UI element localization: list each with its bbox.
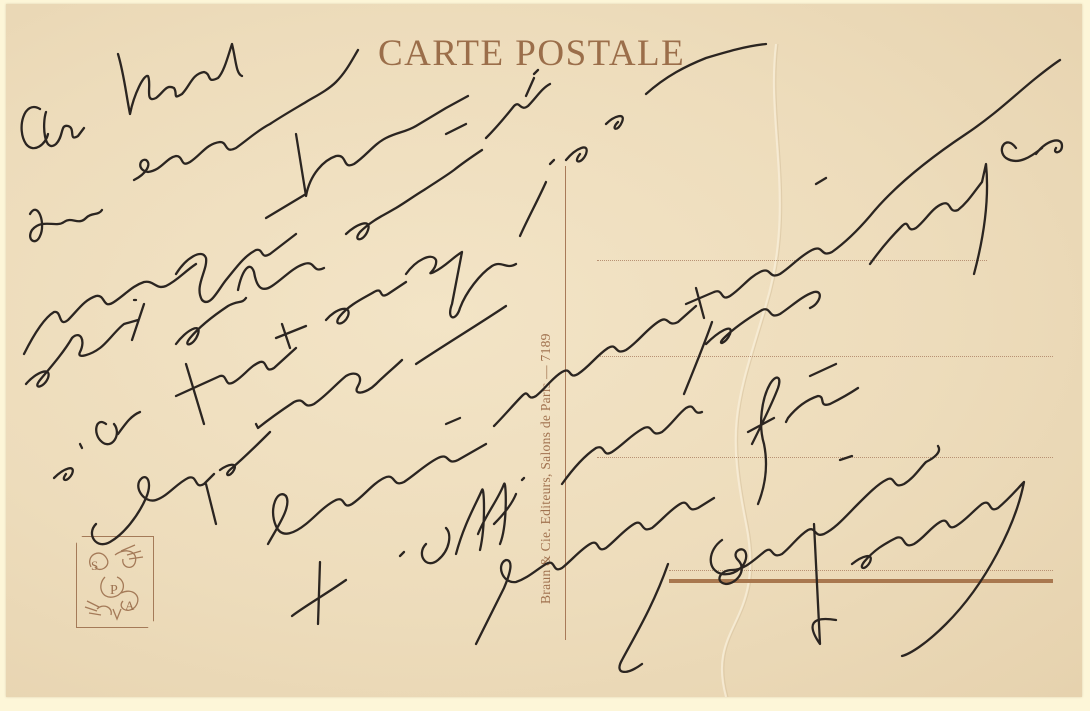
svg-text:A: A: [125, 598, 135, 613]
svg-text:S: S: [91, 558, 98, 573]
address-line-3: [597, 457, 1053, 458]
svg-text:P: P: [110, 583, 118, 598]
publisher-logo-icon: S P A: [76, 536, 154, 628]
postcard-back: CARTE POSTALE Braun & Cie. Editeurs, Sal…: [6, 4, 1082, 697]
message-address-divider: [565, 166, 566, 640]
address-line-1: [597, 260, 987, 261]
carte-postale-heading: CARTE POSTALE: [378, 32, 685, 75]
publisher-imprint: Braun & Cie. Editeurs, Salons de Paris —…: [538, 333, 554, 604]
address-line-2: [597, 356, 1053, 357]
